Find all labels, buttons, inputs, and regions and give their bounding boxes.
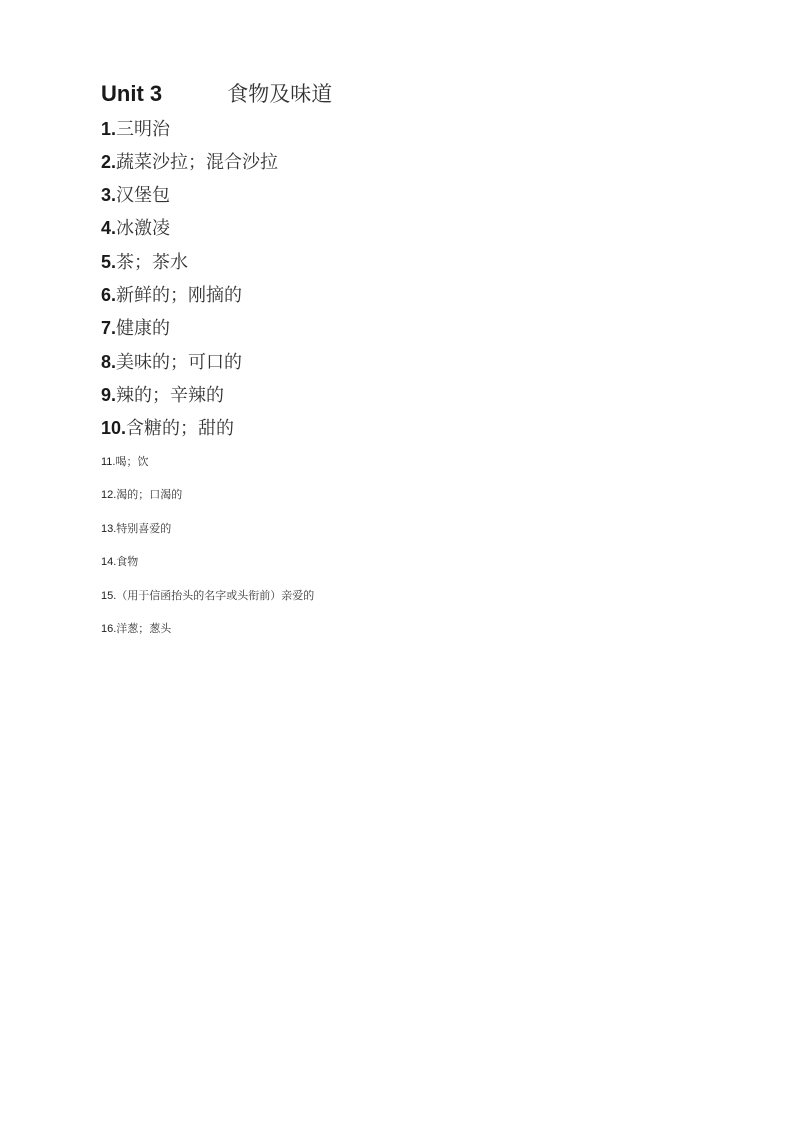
item-text: 特别喜爱的 — [116, 522, 171, 535]
item-number: 11. — [101, 456, 115, 468]
vocab-item: 11.喝；饮 — [101, 453, 148, 469]
vocab-item: 15.（用于信函抬头的名字或头衔前）亲爱的 — [101, 587, 314, 603]
item-number: 10. — [101, 418, 126, 438]
vocab-item: 5.茶；茶水 — [101, 248, 188, 274]
item-text: 含糖的；甜的 — [126, 418, 234, 439]
item-number: 9. — [101, 385, 116, 405]
vocab-item: 13.特别喜爱的 — [101, 520, 171, 536]
item-text: 美味的；可口的 — [116, 352, 242, 373]
vocab-item: 10.含糖的；甜的 — [101, 414, 234, 440]
vocab-item: 8.美味的；可口的 — [101, 348, 242, 374]
item-number: 5. — [101, 252, 116, 272]
item-text: 洋葱；葱头 — [116, 622, 171, 635]
item-number: 8. — [101, 352, 116, 372]
vocab-item: 7.健康的 — [101, 314, 170, 340]
item-number: 4. — [101, 218, 116, 238]
unit-topic: 食物及味道 — [227, 78, 332, 108]
unit-heading: Unit 3 食物及味道 — [101, 78, 332, 108]
vocab-item: 6.新鲜的；刚摘的 — [101, 281, 242, 307]
item-text: 茶；茶水 — [116, 252, 188, 273]
item-text: 新鲜的；刚摘的 — [116, 285, 242, 306]
vocab-item: 14.食物 — [101, 553, 138, 569]
item-text: 汉堡包 — [116, 185, 170, 206]
item-text: 食物 — [116, 555, 138, 568]
item-number: 2. — [101, 152, 116, 172]
item-text: 健康的 — [116, 318, 170, 339]
item-text: 渴的；口渴的 — [116, 488, 182, 501]
vocab-item: 3.汉堡包 — [101, 181, 170, 207]
unit-label: Unit 3 — [101, 81, 162, 107]
item-number: 12. — [101, 489, 116, 501]
item-number: 6. — [101, 285, 116, 305]
item-text: 辣的；辛辣的 — [116, 385, 224, 406]
vocab-item: 12.渴的；口渴的 — [101, 486, 182, 502]
item-text: 喝；饮 — [115, 455, 148, 468]
item-number: 1. — [101, 119, 116, 139]
vocab-item: 1.三明治 — [101, 115, 170, 141]
item-number: 15. — [101, 590, 116, 602]
item-number: 3. — [101, 185, 116, 205]
item-number: 13. — [101, 523, 116, 535]
vocab-item: 9.辣的；辛辣的 — [101, 381, 224, 407]
vocab-item: 16.洋葱；葱头 — [101, 620, 171, 636]
item-text: 冰激凌 — [116, 218, 170, 239]
item-number: 14. — [101, 556, 116, 568]
vocab-item: 2.蔬菜沙拉；混合沙拉 — [101, 148, 278, 174]
item-text: （用于信函抬头的名字或头衔前）亲爱的 — [116, 589, 314, 602]
item-text: 三明治 — [116, 119, 170, 140]
item-text: 蔬菜沙拉；混合沙拉 — [116, 152, 278, 173]
item-number: 16. — [101, 623, 116, 635]
vocab-item: 4.冰激凌 — [101, 214, 170, 240]
item-number: 7. — [101, 318, 116, 338]
